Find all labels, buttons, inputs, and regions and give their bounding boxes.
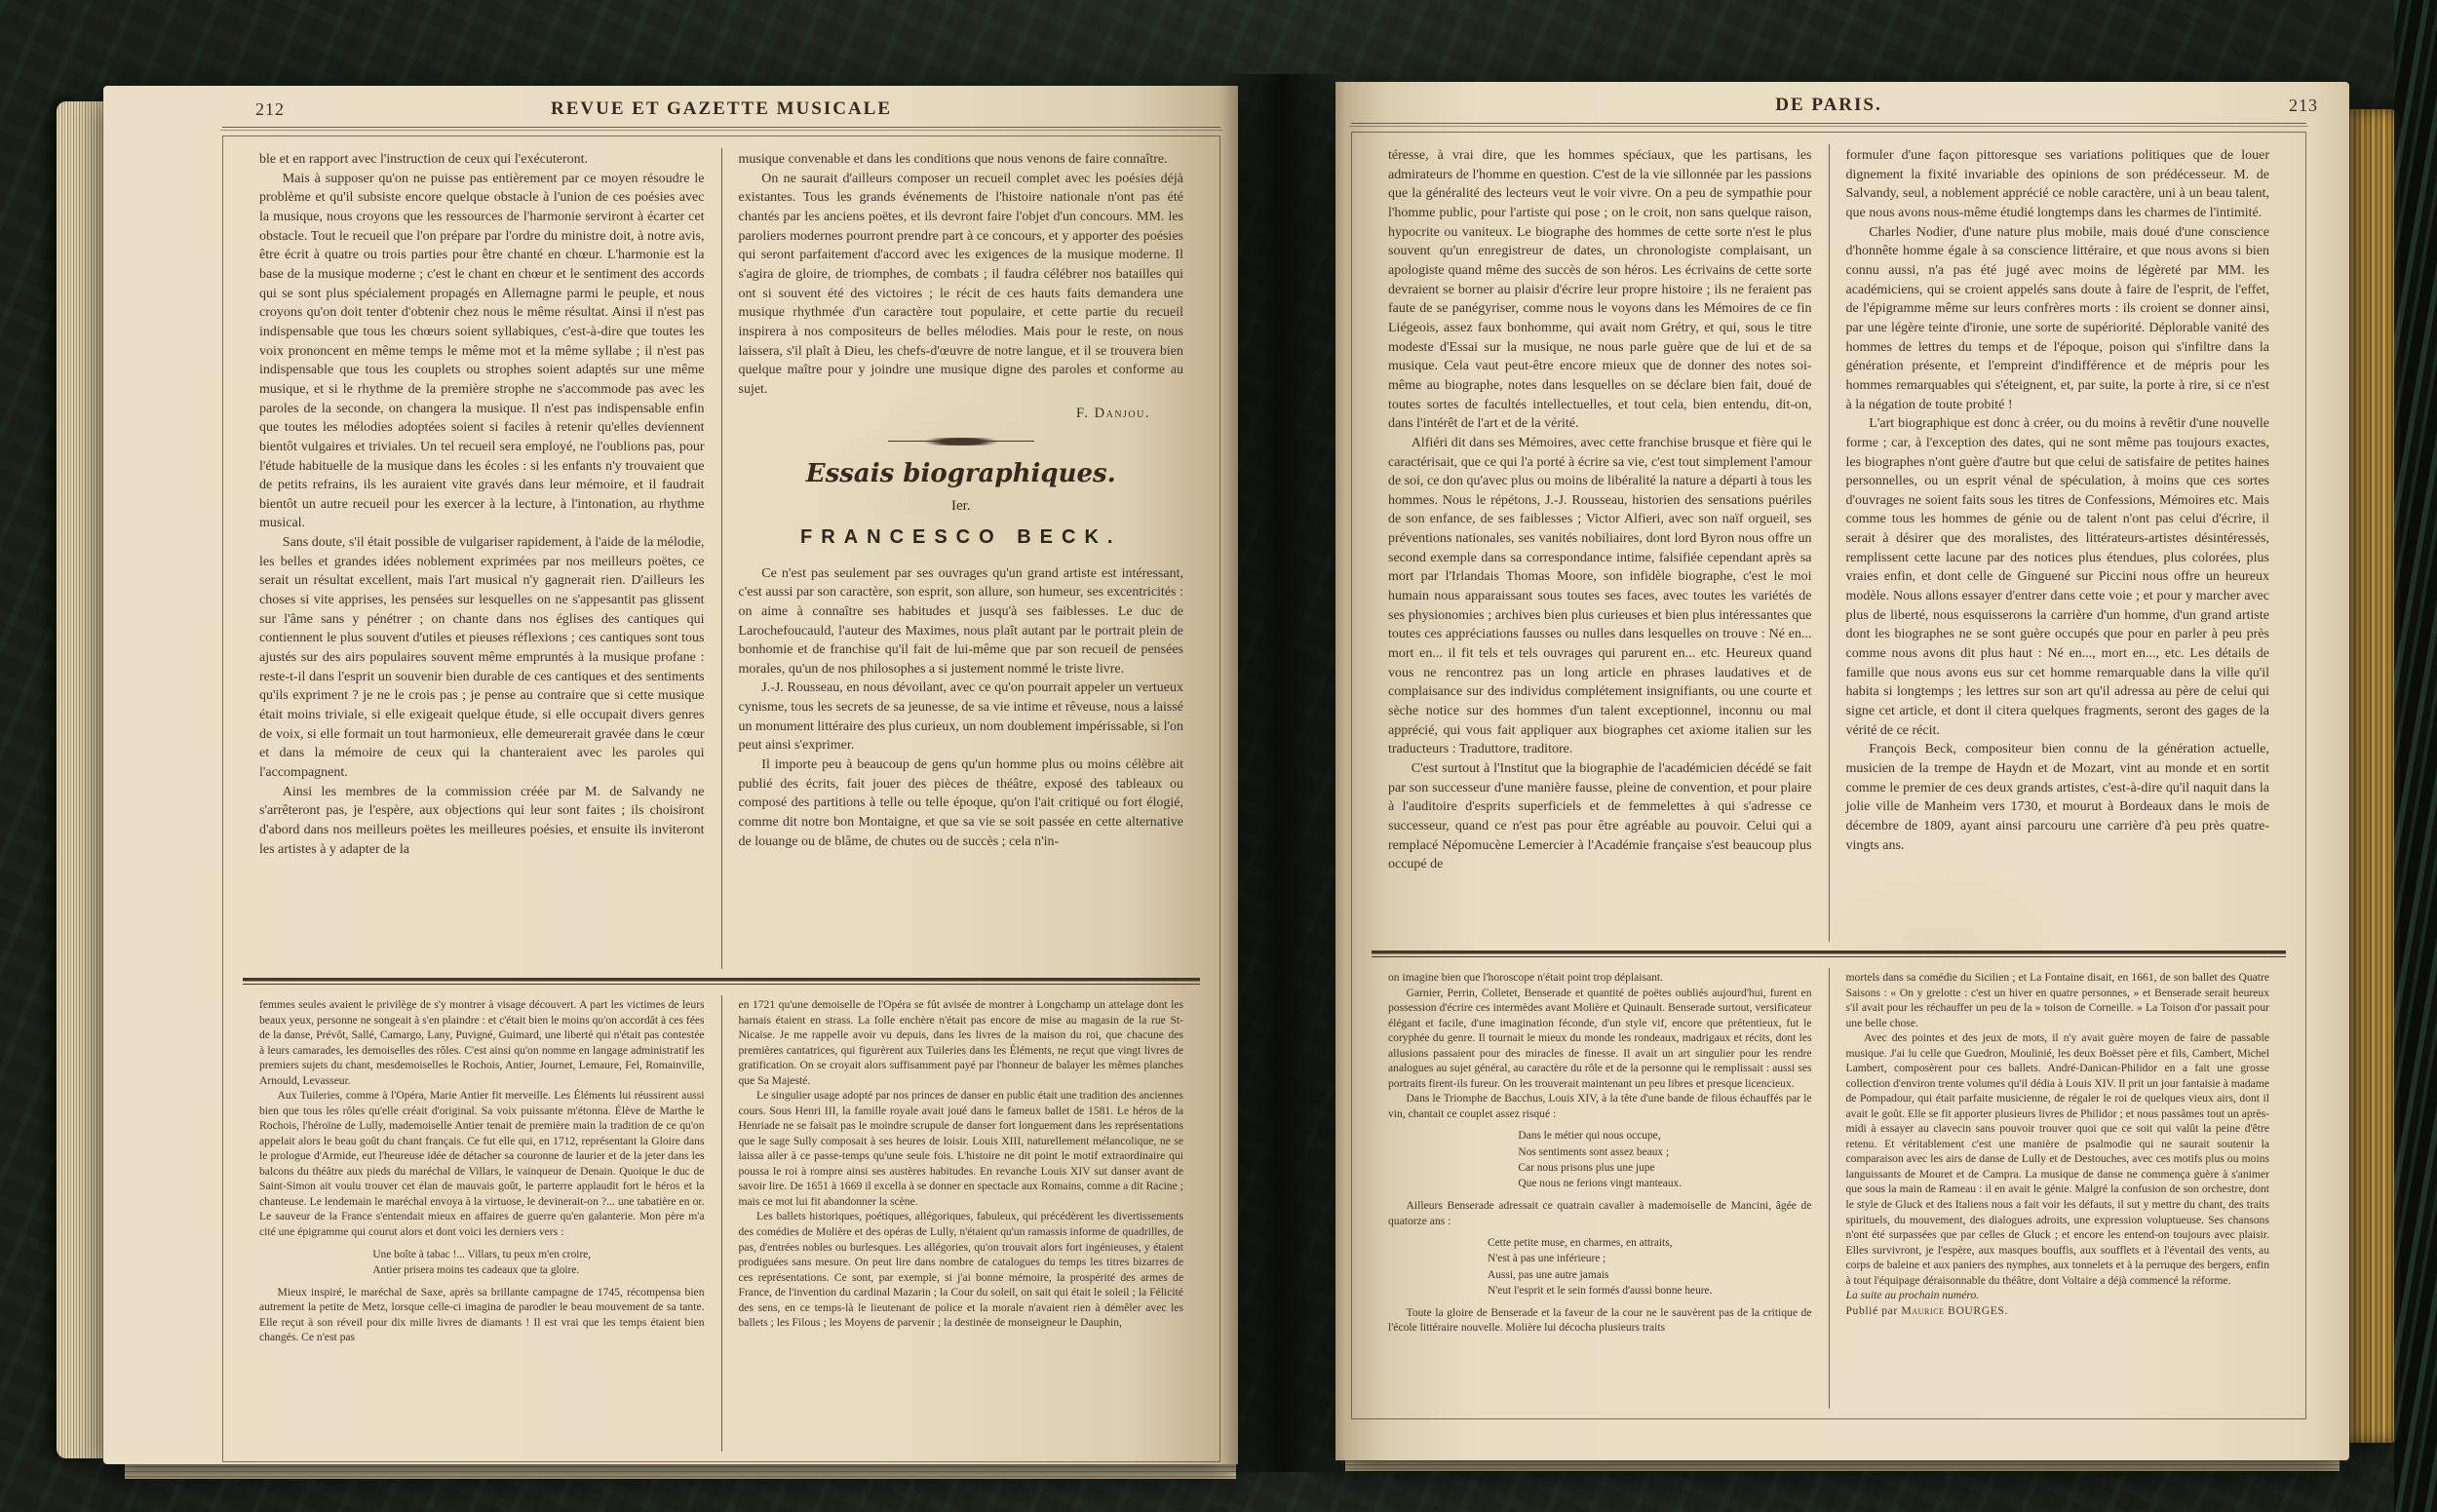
paragraph: Aux Tuileries, comme à l'Opéra, Marie An…	[259, 1088, 705, 1239]
paragraph: Avec des pointes et des jeux de mots, il…	[1846, 1030, 2270, 1288]
main-column-2: formuler d'une façon pittoresque ses var…	[1830, 144, 2287, 942]
paragraph: Les ballets historiques, poétiques, allé…	[739, 1209, 1184, 1330]
paragraph: C'est surtout à l'Institut que la biogra…	[1388, 759, 1812, 874]
paragraph: Ainsi les membres de la commission créée…	[259, 783, 705, 860]
feuilleton-column-1: on imagine bien que l'horoscope n'était …	[1372, 968, 1830, 1409]
verse-line: N'est à pas une inférieure ;	[1488, 1251, 1712, 1266]
verse-line: Nos sentiments sont assez beaux ;	[1518, 1144, 1682, 1160]
main-column-1: ble et en rapport avec l'instruction de …	[243, 148, 722, 969]
left-page: 212 REVUE ET GAZETTE MUSICALE ble et en …	[103, 86, 1238, 1464]
paragraph: Ce n'est pas seulement par ses ouvrages …	[739, 564, 1184, 679]
paragraph: Toute la gloire de Benserade et la faveu…	[1388, 1305, 1812, 1336]
paragraph: Alfiéri dit dans ses Mémoires, avec cett…	[1388, 434, 1812, 759]
running-head-right: DE PARIS. 213	[1351, 92, 2306, 121]
main-column-2: musique convenable et dans les condition…	[722, 148, 1201, 969]
article-number: Ier.	[739, 498, 1184, 515]
publisher-name: Maurice BOURGES.	[1901, 1304, 2008, 1317]
verse-line: Car nous prisons plus une jupe	[1518, 1160, 1682, 1176]
verse-line: Dans le métier qui nous occupe,	[1518, 1128, 1682, 1144]
running-title-left: REVUE ET GAZETTE MUSICALE	[222, 98, 1220, 120]
paragraph: Garnier, Perrin, Colletet, Benserade et …	[1388, 986, 1812, 1092]
section-separator	[243, 978, 1200, 985]
feuilleton-left: femmes seules avaient le privilège de s'…	[243, 995, 1200, 1452]
swelled-rule-ornament	[888, 438, 1034, 446]
feuilleton-column-2: mortels dans sa comédie du Sicilien ; et…	[1830, 968, 2287, 1409]
paragraph: Mais à supposer qu'on ne puisse pas enti…	[259, 170, 705, 533]
paragraph: formuler d'une façon pittoresque ses var…	[1846, 146, 2270, 223]
page-number-right: 213	[2289, 96, 2318, 116]
paragraph: Mieux inspiré, le maréchal de Saxe, aprè…	[259, 1285, 705, 1345]
paragraph: J.-J. Rousseau, en nous dévoilant, avec …	[739, 678, 1184, 756]
section-separator	[1372, 950, 2286, 957]
series-heading: Essais biographiques.	[739, 459, 1184, 488]
main-column-1: téresse, à vrai dire, que les hommes spé…	[1372, 144, 1830, 942]
paragraph: ble et en rapport avec l'instruction de …	[259, 150, 705, 170]
page-edges-left	[57, 101, 105, 1458]
byline-danjou: F. Danjou.	[739, 400, 1184, 422]
paragraph: Il importe peu à beaucoup de gens qu'un …	[739, 756, 1184, 851]
article-title: FRANCESCO BECK.	[739, 526, 1184, 549]
paragraph: Le singulier usage adopté par nos prince…	[739, 1088, 1184, 1209]
text-frame-right: téresse, à vrai dire, que les hommes spé…	[1351, 132, 2306, 1419]
verse-line: Une boîte à tabac !... Villars, tu peux …	[372, 1247, 591, 1262]
epigram-verse: Une boîte à tabac !... Villars, tu peux …	[372, 1247, 591, 1278]
running-title-right: DE PARIS.	[1351, 95, 2306, 116]
book-cover-right	[2394, 0, 2437, 1512]
main-text-right: téresse, à vrai dire, que les hommes spé…	[1372, 144, 2286, 942]
paragraph: mortels dans sa comédie du Sicilien ; et…	[1846, 970, 2270, 1030]
head-rule	[222, 127, 1220, 128]
couplet-verse: Dans le métier qui nous occupe, Nos sent…	[1518, 1128, 1682, 1191]
paragraph: François Beck, compositeur bien connu de…	[1846, 740, 2270, 855]
running-head-left: 212 REVUE ET GAZETTE MUSICALE	[222, 96, 1220, 125]
verse-line: Aussi, pas une autre jamais	[1488, 1267, 1712, 1283]
paragraph: téresse, à vrai dire, que les hommes spé…	[1388, 146, 1812, 434]
publisher-credit: Publié par Maurice BOURGES.	[1846, 1303, 2270, 1319]
feuilleton-column-2: en 1721 qu'une demoiselle de l'Opéra se …	[722, 995, 1201, 1452]
paragraph: Ailleurs Benserade adressait ce quatrain…	[1388, 1198, 1812, 1228]
verse-line: Antier prisera moins tes cadeaux que ta …	[372, 1262, 591, 1278]
publisher-prefix: Publié par	[1846, 1304, 1902, 1317]
gilt-fore-edge	[2345, 109, 2400, 1443]
feuilleton-right: on imagine bien que l'horoscope n'était …	[1372, 968, 2286, 1409]
book-gutter-shadow	[1220, 74, 1345, 1472]
continuation-note: La suite au prochain numéro.	[1846, 1288, 2270, 1303]
verse-line: Que nous ne ferions vingt manteaux.	[1518, 1176, 1682, 1191]
head-rule	[1351, 123, 2306, 124]
paragraph: femmes seules avaient le privilège de s'…	[259, 997, 705, 1088]
paragraph: Charles Nodier, d'une nature plus mobile…	[1846, 223, 2270, 415]
right-page: DE PARIS. 213 téresse, à vrai dire, que …	[1335, 82, 2349, 1460]
paragraph: On ne saurait d'ailleurs composer un rec…	[739, 170, 1184, 400]
text-frame-left: ble et en rapport avec l'instruction de …	[222, 136, 1220, 1462]
paragraph: on imagine bien que l'horoscope n'était …	[1388, 970, 1812, 986]
feuilleton-column-1: femmes seules avaient le privilège de s'…	[243, 995, 722, 1452]
paragraph: en 1721 qu'une demoiselle de l'Opéra se …	[739, 997, 1184, 1088]
paragraph: Dans le Triomphe de Bacchus, Louis XIV, …	[1388, 1091, 1812, 1121]
verse-line: N'eut l'esprit et le sein formés d'aussi…	[1488, 1283, 1712, 1299]
book-photograph: 212 REVUE ET GAZETTE MUSICALE ble et en …	[0, 0, 2437, 1512]
quatrain-verse: Cette petite muse, en charmes, en attrai…	[1488, 1235, 1712, 1299]
page-edges-bottom-left	[125, 1462, 1236, 1479]
main-text-left: ble et en rapport avec l'instruction de …	[243, 148, 1200, 969]
paragraph: Sans doute, s'il était possible de vulga…	[259, 533, 705, 783]
verse-line: Cette petite muse, en charmes, en attrai…	[1488, 1235, 1712, 1251]
paragraph: musique convenable et dans les condition…	[739, 150, 1184, 170]
paragraph: L'art biographique est donc à créer, ou …	[1846, 414, 2270, 740]
